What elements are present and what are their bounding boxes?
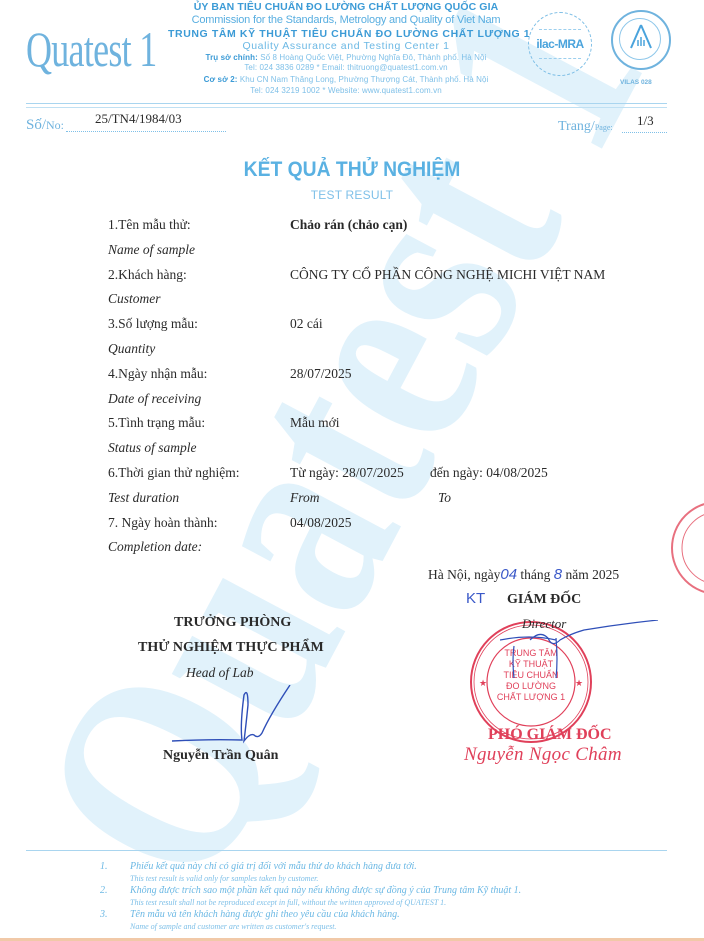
header-divider — [26, 103, 667, 104]
field-quantity-en: Quantity — [108, 339, 668, 364]
field-label: 3.Số lượng mẫu: — [108, 314, 198, 334]
field-label-en: Date of receiving — [108, 389, 201, 409]
deputy-director-name: Nguyễn Ngọc Châm — [464, 744, 622, 766]
field-date-received-en: Date of receiving — [108, 389, 668, 414]
field-value: CÔNG TY CỔ PHẦN CÔNG NGHỆ MICHI VIỆT NAM — [290, 265, 605, 285]
footer-note: 3. Tên mẫu và tên khách hàng được ghi th… — [100, 909, 680, 933]
page-number: 1/3 — [637, 113, 654, 129]
footer-notes: 1. Phiếu kết quả này chỉ có giá trị đối … — [100, 861, 680, 933]
field-sample-name-en: Name of sample — [108, 240, 668, 265]
lab-head-name: Nguyễn Trần Quân — [163, 748, 278, 764]
handwritten-month: 8 — [554, 566, 562, 583]
month-prefix: tháng — [520, 567, 550, 582]
field-completion-date-en: Completion date: — [108, 537, 668, 562]
to-label-en: To — [430, 488, 451, 508]
handwritten-day: 04 — [500, 566, 517, 583]
field-label: 5.Tình trạng mẫu: — [108, 413, 205, 433]
report-no-value: 25/TN4/1984/03 — [95, 111, 182, 127]
field-completion-date: 7. Ngày hoàn thành: 04/08/2025 — [108, 513, 668, 538]
director-title-vn: GIÁM ĐỐC — [507, 592, 581, 608]
center-line-vn: TRUNG TÂM KỸ THUẬT TIÊU CHUẨN ĐO LƯỜNG C… — [168, 28, 524, 40]
field-customer-en: Customer — [108, 289, 668, 314]
field-label-en: Name of sample — [108, 240, 195, 260]
field-value-to: đến ngày: 04/08/2025 — [430, 463, 548, 483]
field-label-en: Status of sample — [108, 438, 197, 458]
field-label-en: Customer — [108, 289, 161, 309]
place-prefix: Hà Nội, ngày — [428, 567, 500, 582]
field-test-duration: 6.Thời gian thử nghiệm: Từ ngày: 28/07/2… — [108, 463, 668, 488]
lab-head-title-en: Head of Lab — [186, 665, 254, 681]
header-divider-2 — [26, 107, 667, 108]
center-line-en: Quality Assurance and Testing Center 1 — [168, 40, 524, 52]
branch-contact: Tel: 024 3219 1002 * Website: www.quates… — [168, 86, 524, 95]
tower-icon — [626, 22, 656, 52]
year-text: năm 2025 — [566, 567, 620, 582]
field-sample-name: 1.Tên mẫu thử: Chảo rán (chảo cạn) — [108, 215, 668, 240]
head-office-address: Trụ sở chính: Số 8 Hoàng Quốc Việt, Phườ… — [168, 53, 524, 62]
boa-accreditation-seal-icon — [611, 10, 671, 70]
lab-head-title-1: TRƯỞNG PHÒNG — [174, 615, 291, 631]
handwritten-initial: KT — [466, 590, 485, 607]
branch-address-text: Khu CN Nam Thăng Long, Phường Thượng Cát… — [240, 75, 489, 84]
field-label: 2.Khách hàng: — [108, 265, 187, 285]
footer-note: 2. Không được trích sao một phần kết quả… — [100, 885, 680, 909]
director-signature-icon — [500, 620, 660, 680]
field-label: 1.Tên mẫu thử: — [108, 215, 191, 235]
field-value: Mẫu mới — [290, 413, 340, 433]
field-sample-status-en: Status of sample — [108, 438, 668, 463]
vilas-label: VILAS 028 — [620, 79, 652, 86]
field-label-en: Quantity — [108, 339, 155, 359]
ilac-mra-text: ilac-MRA — [536, 37, 583, 51]
footer-note: 1. Phiếu kết quả này chỉ có giá trị đối … — [100, 861, 680, 885]
report-no-label: Số/No: — [26, 117, 64, 134]
field-value-from: Từ ngày: 28/07/2025 — [290, 463, 404, 483]
field-value: 04/08/2025 — [290, 513, 352, 533]
field-label: 4.Ngày nhận mẫu: — [108, 364, 207, 384]
document-title: KẾT QUẢ THỬ NGHIỆM — [28, 158, 676, 182]
field-label-en: Test duration — [108, 488, 179, 508]
branch-label: Cơ sở 2: — [204, 75, 238, 84]
place-date: Hà Nội, ngày04 tháng 8 năm 2025 — [428, 566, 619, 583]
from-label-en: From — [290, 488, 320, 508]
field-date-received: 4.Ngày nhận mẫu: 28/07/2025 — [108, 364, 668, 389]
field-value: 28/07/2025 — [290, 364, 352, 384]
footer-divider — [26, 850, 667, 851]
deputy-director-title: PHÓ GIÁM ĐỐC — [488, 726, 612, 744]
sample-info: 1.Tên mẫu thử: Chảo rán (chảo cạn) Name … — [108, 215, 668, 562]
head-office-label: Trụ sở chính: — [206, 53, 258, 62]
branch-address: Cơ sở 2: Khu CN Nam Thăng Long, Phường T… — [168, 75, 524, 84]
org-line-vn: ỦY BAN TIÊU CHUẨN ĐO LƯỜNG CHẤT LƯỢNG QU… — [168, 1, 524, 13]
field-label-en: Completion date: — [108, 537, 202, 557]
field-test-duration-en: Test duration From To — [108, 488, 668, 513]
field-customer: 2.Khách hàng: CÔNG TY CỔ PHẦN CÔNG NGHỆ … — [108, 265, 668, 290]
org-line-en: Commission for the Standards, Metrology … — [168, 14, 524, 26]
lab-head-title-2: THỬ NGHIỆM THỰC PHẨM — [138, 640, 324, 656]
head-office-contact: Tel: 024 3836 0289 * Email: thitruong@qu… — [168, 63, 524, 72]
head-office-address-text: Số 8 Hoàng Quốc Việt, Phường Nghĩa Đô, T… — [260, 53, 486, 62]
field-quantity: 3.Số lượng mẫu: 02 cái — [108, 314, 668, 339]
field-sample-status: 5.Tình trạng mẫu: Mẫu mới — [108, 413, 668, 438]
field-value: 02 cái — [290, 314, 323, 334]
field-value: Chảo rán (chảo cạn) — [290, 215, 407, 235]
overlap-stamp-icon — [668, 498, 704, 598]
ilac-mra-seal-icon: ilac-MRA — [528, 12, 592, 76]
field-label: 7. Ngày hoàn thành: — [108, 513, 217, 533]
page-label: Trang/Page: — [558, 119, 613, 135]
field-label: 6.Thời gian thử nghiệm: — [108, 463, 239, 483]
document-subtitle: TEST RESULT — [0, 188, 704, 202]
quatest-logo: Quatest 1 — [26, 14, 156, 84]
lab-head-signature-icon — [170, 685, 300, 745]
